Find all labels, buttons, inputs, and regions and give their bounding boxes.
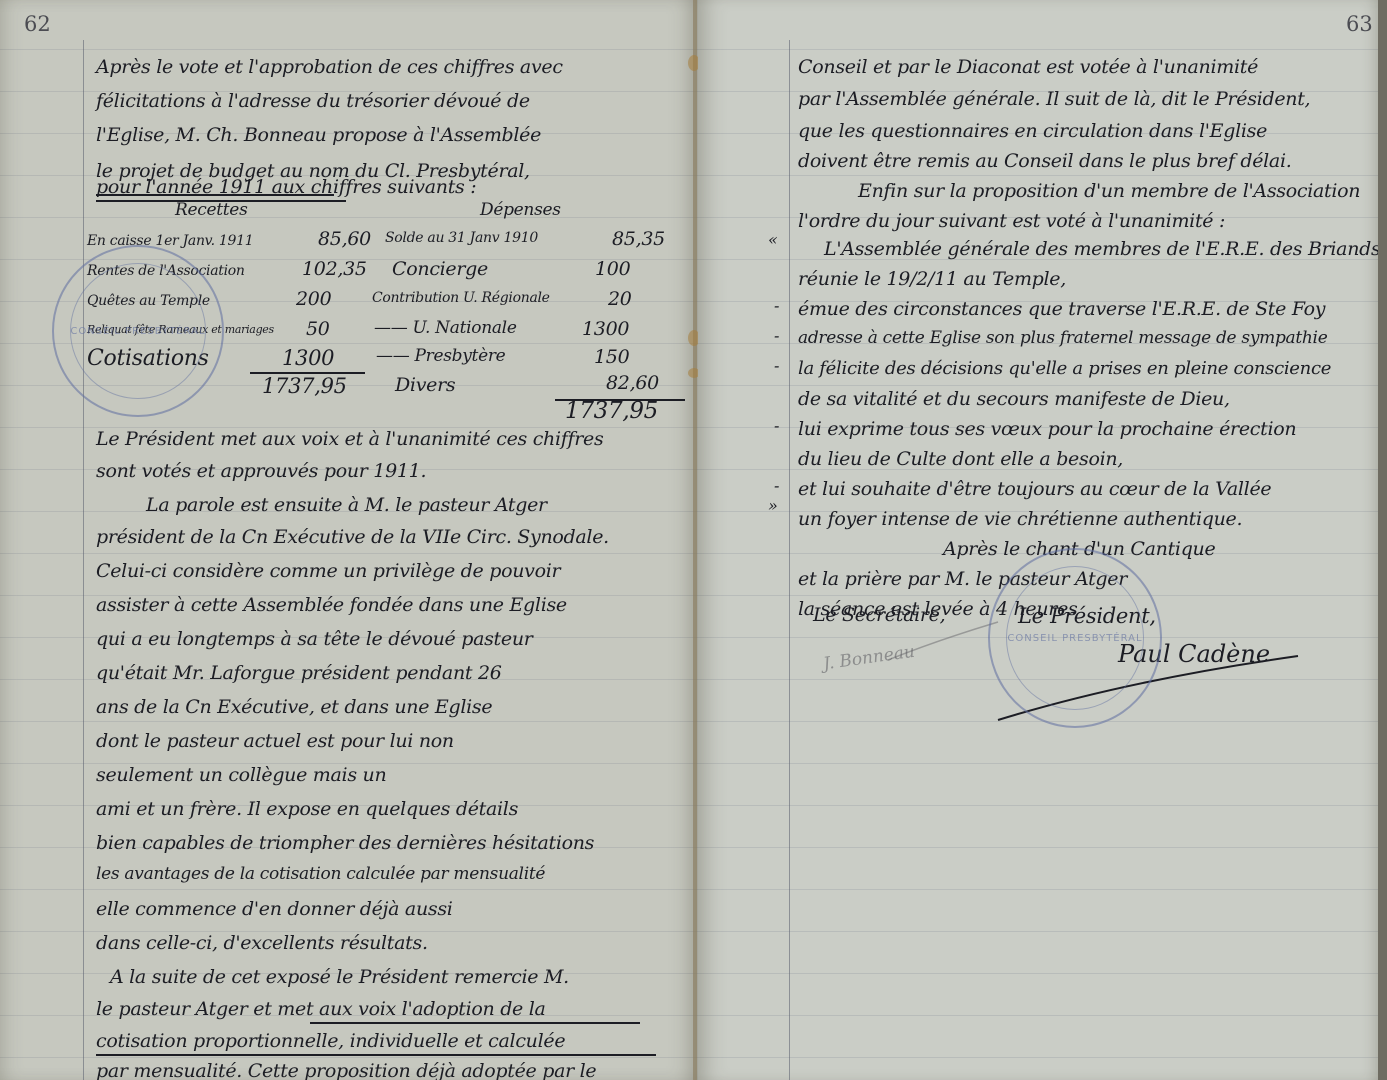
text-line: président de la Cn Exécutive de la VIIe … <box>96 526 609 548</box>
expense-label: —— Presbytère <box>376 346 505 366</box>
margin-rule <box>83 40 84 1080</box>
receipt-amount: 200 <box>296 288 331 310</box>
text-line: dont le pasteur actuel est pour lui non <box>96 730 454 752</box>
expense-amount: 100 <box>595 258 630 280</box>
underline <box>96 1054 656 1056</box>
underline <box>310 1022 640 1024</box>
expense-amount: 150 <box>594 346 629 368</box>
text-line: félicitations à l'adresse du trésorier d… <box>96 90 530 112</box>
stamp-center-text: CONSEIL PRESBYTÉRAL <box>70 325 205 338</box>
left-page: 62 Après le vote et l'approbation de ces… <box>0 0 698 1080</box>
register-spread: 62 Après le vote et l'approbation de ces… <box>0 0 1387 1080</box>
page-number: 62 <box>24 12 51 36</box>
signature-flourish <box>698 0 1378 1080</box>
text-line: pour l'année 1911 aux chiffres suivants … <box>96 176 476 198</box>
receipt-amount: 85,60 <box>318 228 371 250</box>
text-line: qui a eu longtemps à sa tête le dévoué p… <box>96 628 533 650</box>
receipt-amount: 50 <box>306 318 330 340</box>
text-line: qu'était Mr. Laforgue président pendant … <box>96 662 502 684</box>
text-line: l'Eglise, M. Ch. Bonneau propose à l'Ass… <box>96 124 541 146</box>
expense-label: Solde au 31 Janv 1910 <box>385 230 538 246</box>
text-line: bien capables de triompher des dernières… <box>96 832 594 854</box>
text-line: A la suite de cet exposé le Président re… <box>110 966 569 988</box>
right-page: 63 Conseil et par le Diaconat est votée … <box>698 0 1378 1080</box>
expense-label: Concierge <box>392 258 488 280</box>
text-line: dans celle-ci, d'excellents résultats. <box>96 932 428 954</box>
receipt-amount: 1300 <box>282 346 334 370</box>
expense-label: Divers <box>395 374 455 396</box>
text-line: Celui-ci considère comme un privilège de… <box>96 560 560 582</box>
text-line: elle commence d'en donner déjà aussi <box>96 898 453 920</box>
text-line: seulement un collègue mais un <box>96 764 386 786</box>
text-line: sont votés et approuvés pour 1911. <box>96 460 426 482</box>
receipt-label: En caisse 1er Janv. 1911 <box>87 233 253 249</box>
expenses-total: 1737,95 <box>565 398 658 424</box>
text-line: assister à cette Assemblée fondée dans u… <box>96 594 567 616</box>
expense-amount: 85,35 <box>612 228 665 250</box>
expense-amount: 1300 <box>582 318 629 340</box>
expense-label: —— U. Nationale <box>374 318 517 338</box>
frame-edge <box>1378 0 1387 1080</box>
text-line: par mensualité. Cette proposition déjà a… <box>96 1060 596 1080</box>
receipt-amount: 102,35 <box>302 258 367 280</box>
text-line: Le Président met aux voix et à l'unanimi… <box>96 428 603 450</box>
text-line: cotisation proportionnelle, individuelle… <box>96 1030 565 1052</box>
text-line: ami et un frère. Il expose en quelques d… <box>96 798 518 820</box>
text-line: le pasteur Atger et met aux voix l'adopt… <box>96 998 546 1020</box>
expense-amount: 82,60 <box>606 372 659 394</box>
text-line: Après le vote et l'approbation de ces ch… <box>96 56 563 78</box>
church-stamp: CONSEIL PRESBYTÉRAL <box>52 245 224 417</box>
stamp-center-text: CONSEIL PRESBYTÉRAL <box>1007 632 1142 645</box>
expense-label: Contribution U. Régionale <box>372 290 550 306</box>
text-line: ans de la Cn Exécutive, et dans une Egli… <box>96 696 492 718</box>
text-line: La parole est ensuite à M. le pasteur At… <box>146 494 547 516</box>
expenses-header: Dépenses <box>480 200 561 220</box>
text-line: les avantages de la cotisation calculée … <box>96 864 545 884</box>
expense-amount: 20 <box>608 288 632 310</box>
book-gutter <box>693 0 697 1080</box>
receipts-total: 1737,95 <box>262 374 347 398</box>
consistory-stamp: CONSEIL PRESBYTÉRAL <box>988 548 1162 728</box>
receipts-header: Recettes <box>175 200 248 220</box>
